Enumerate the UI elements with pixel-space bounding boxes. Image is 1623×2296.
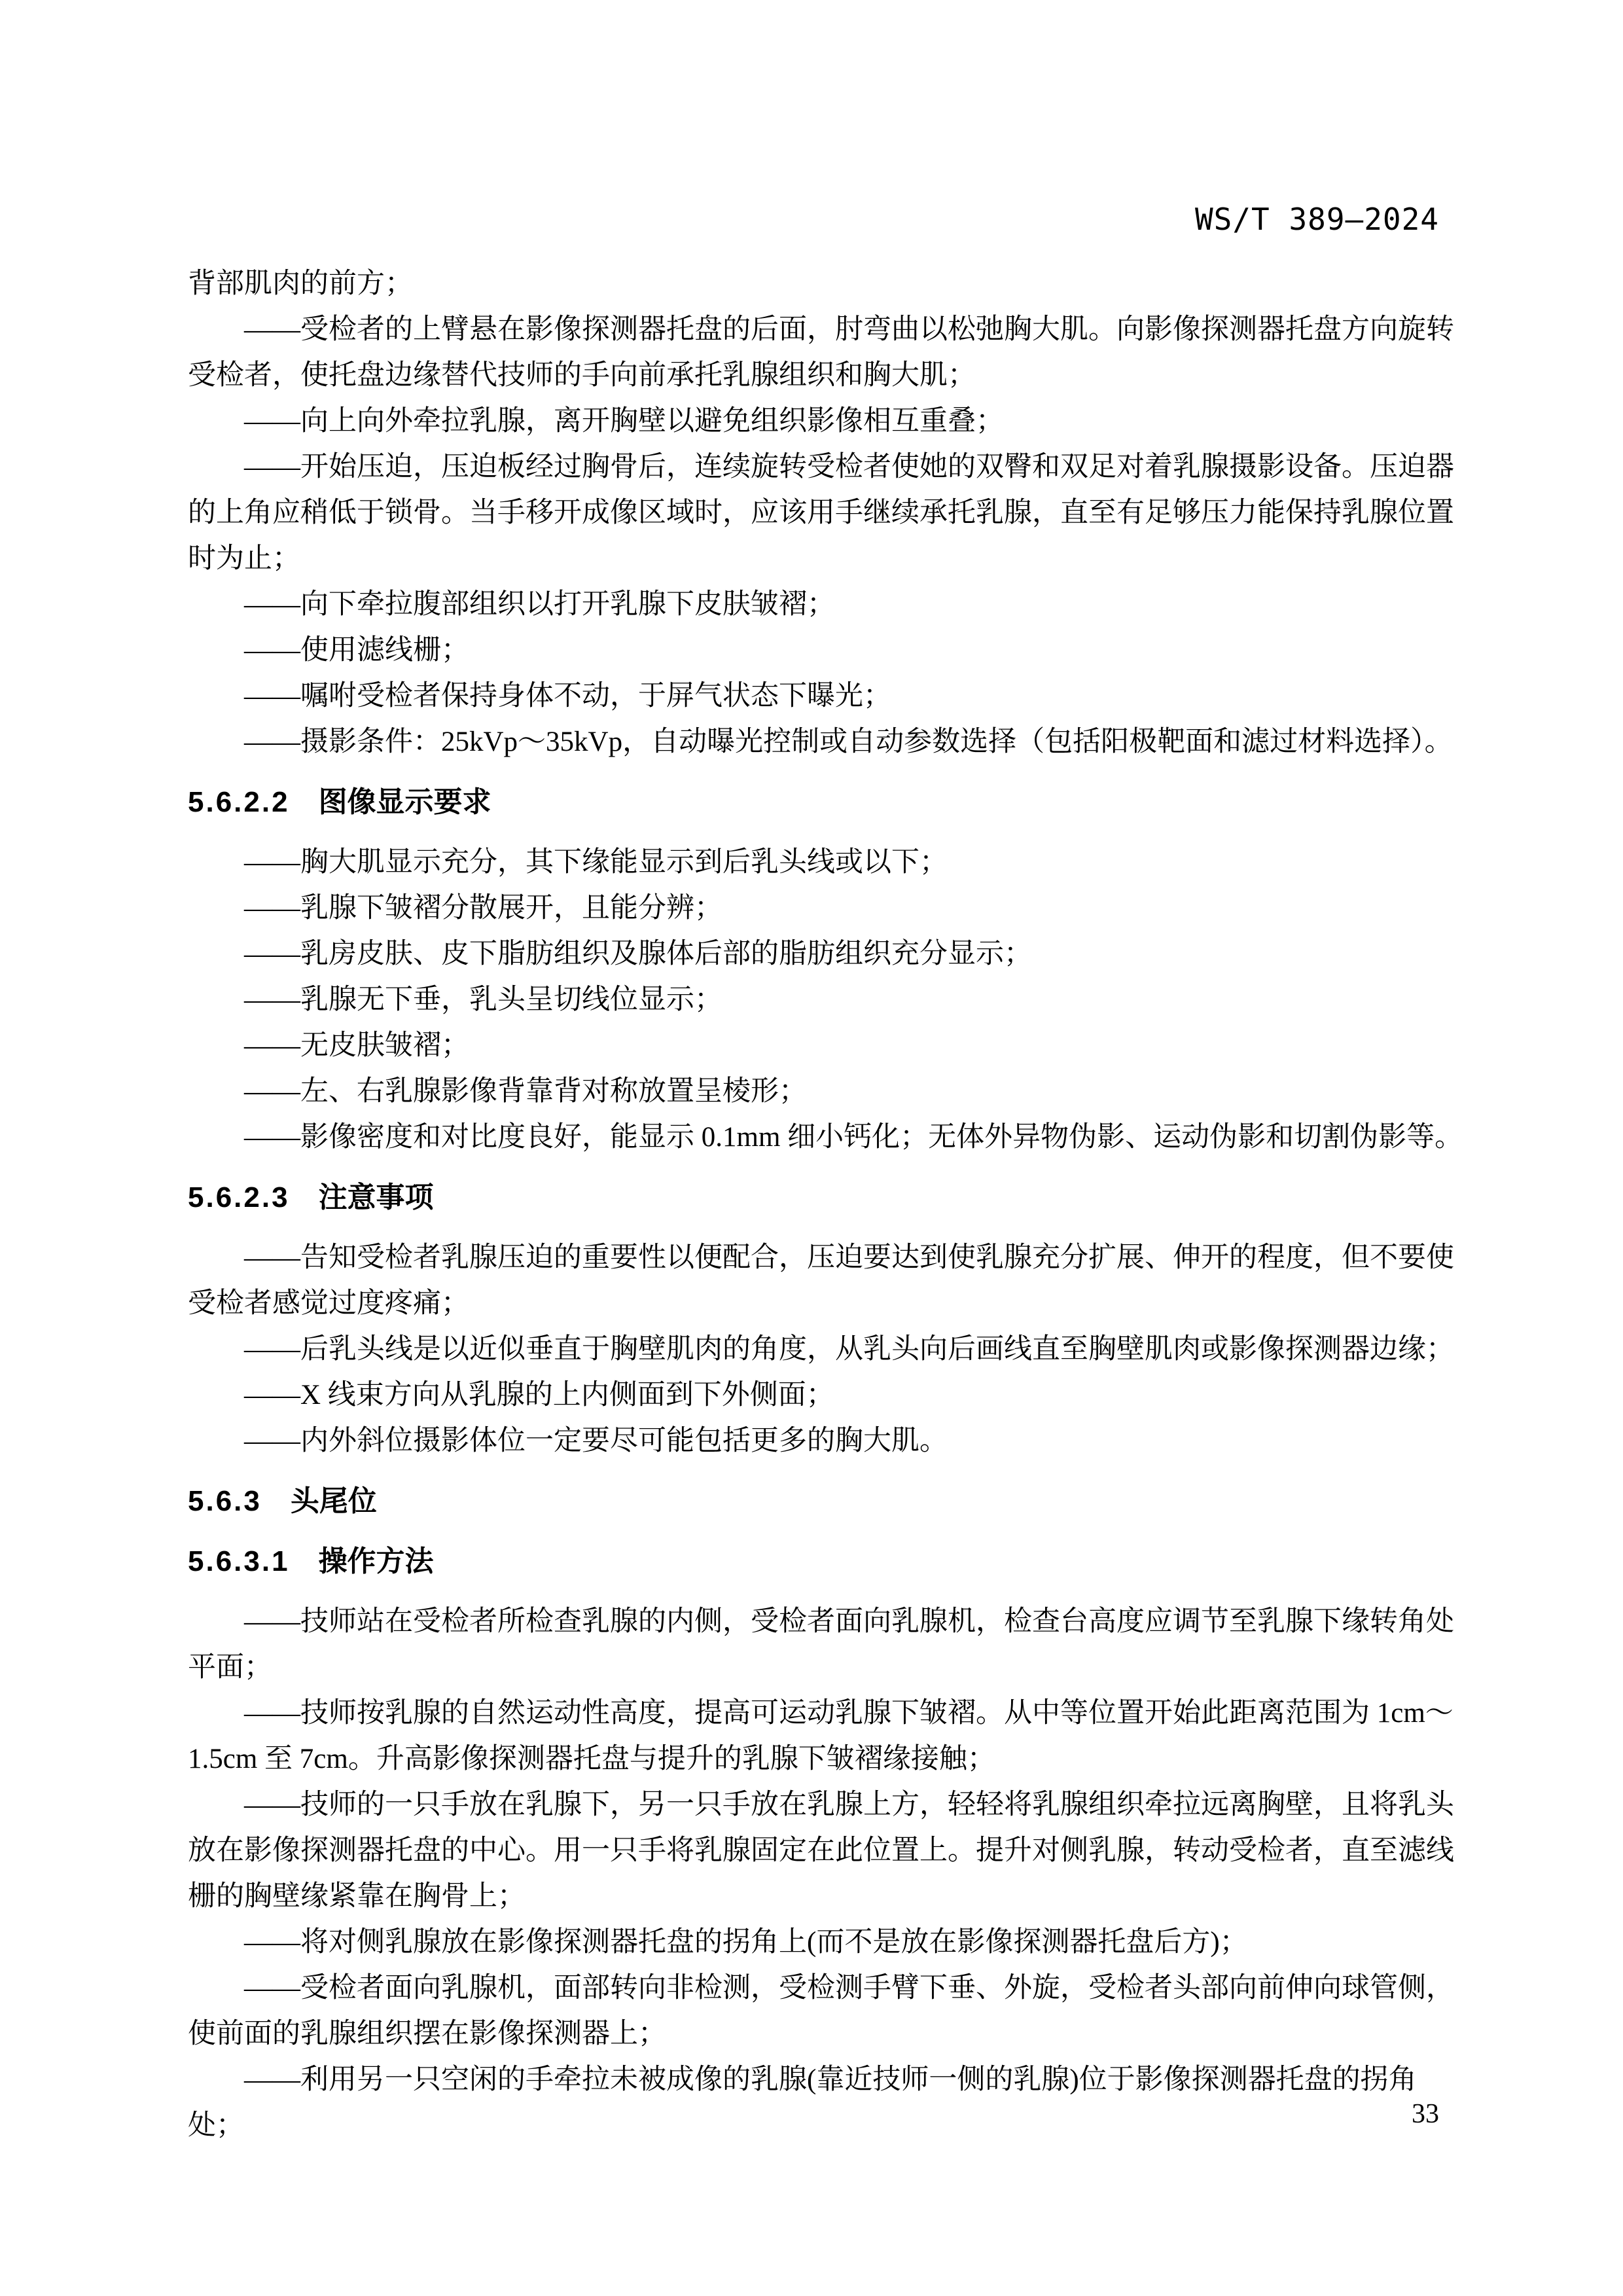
body-line: ——乳房皮肤、皮下脂肪组织及腺体后部的脂肪组织充分显示； [188,931,1439,977]
document-page: WS/T 389—2024 背部肌肉的前方；——受检者的上臂悬在影像探测器托盘的… [0,0,1623,2296]
body-line: 的上角应稍低于锁骨。当手移开成像区域时，应该用手继续承托乳腺，直至有足够压力能保… [188,490,1439,536]
body-line: 放在影像探测器托盘的中心。用一只手将乳腺固定在此位置上。提升对侧乳腺，转动受检者… [188,1828,1439,1874]
section-title: 操作方法 [319,1545,434,1577]
body-line: 1.5cm 至 7cm。升高影像探测器托盘与提升的乳腺下皱褶缘接触； [188,1736,1439,1782]
section-title: 头尾位 [291,1485,377,1517]
section-title: 注意事项 [319,1181,434,1213]
body-line: ——无皮肤皱褶； [188,1023,1439,1069]
body-line: ——嘱咐受检者保持身体不动，于屏气状态下曝光； [188,673,1439,719]
standard-code: WS/T 389—2024 [188,202,1439,237]
body-line: ——向上向外牵拉乳腺，离开胸壁以避免组织影像相互重叠； [188,399,1439,444]
section-title: 图像显示要求 [319,786,491,818]
body-line: 受检者感觉过度疼痛； [188,1281,1439,1327]
section-heading: 5.6.3头尾位 [188,1479,1439,1524]
body-line: ——技师站在受检者所检查乳腺的内侧，受检者面向乳腺机，检查台高度应调节至乳腺下缘… [188,1599,1439,1645]
section-number: 5.6.3.1 [188,1545,290,1577]
section-heading: 5.6.2.3注意事项 [188,1175,1439,1221]
section-heading: 5.6.2.2图像显示要求 [188,780,1439,825]
body-line: ——利用另一只空闲的手牵拉未被成像的乳腺(靠近技师一侧的乳腺)位于影像探测器托盘… [188,2057,1439,2103]
section-number: 5.6.2.2 [188,786,290,818]
body-line: ——内外斜位摄影体位一定要尽可能包括更多的胸大肌。 [188,1418,1439,1464]
body-line: ——技师按乳腺的自然运动性高度，提高可运动乳腺下皱褶。从中等位置开始此距离范围为… [188,1691,1439,1736]
body-line: ——将对侧乳腺放在影像探测器托盘的拐角上(而不是放在影像探测器托盘后方)； [188,1920,1439,1965]
body-line: ——左、右乳腺影像背靠背对称放置呈棱形； [188,1069,1439,1115]
section-heading: 5.6.3.1操作方法 [188,1539,1439,1585]
body-line: ——后乳头线是以近似垂直于胸壁肌肉的角度，从乳头向后画线直至胸壁肌肉或影像探测器… [188,1327,1439,1372]
body-line: ——受检者的上臂悬在影像探测器托盘的后面，肘弯曲以松弛胸大肌。向影像探测器托盘方… [188,307,1439,353]
body-line: ——乳腺无下垂，乳头呈切线位显示； [188,977,1439,1023]
body-line: ——乳腺下皱褶分散展开，且能分辨； [188,886,1439,931]
body-line: 受检者，使托盘边缘替代技师的手向前承托乳腺组织和胸大肌； [188,353,1439,399]
body-line: ——告知受检者乳腺压迫的重要性以便配合，压迫要达到使乳腺充分扩展、伸开的程度，但… [188,1235,1439,1281]
body-line: ——开始压迫，压迫板经过胸骨后，连续旋转受检者使她的双臀和双足对着乳腺摄影设备。… [188,444,1439,490]
body-line: 栅的胸壁缘紧靠在胸骨上； [188,1874,1439,1920]
body-line: ——X 线束方向从乳腺的上内侧面到下外侧面； [188,1372,1439,1418]
body-line: ——摄影条件：25kVp～35kVp，自动曝光控制或自动参数选择（包括阳极靶面和… [188,719,1439,765]
body-line: ——使用滤线栅； [188,628,1439,673]
body-line: 背部肌肉的前方； [188,261,1439,307]
body-line: ——受检者面向乳腺机，面部转向非检测，受检测手臂下垂、外旋，受检者头部向前伸向球… [188,1965,1439,2011]
section-number: 5.6.3 [188,1485,262,1517]
page-number: 33 [188,2098,1439,2130]
body-line: 平面； [188,1645,1439,1691]
body-line: 使前面的乳腺组织摆在影像探测器上； [188,2011,1439,2057]
section-number: 5.6.2.3 [188,1181,290,1213]
body-line: ——影像密度和对比度良好，能显示 0.1mm 细小钙化；无体外异物伪影、运动伪影… [188,1115,1439,1160]
body-line: ——胸大肌显示充分，其下缘能显示到后乳头线或以下； [188,840,1439,886]
document-body: 背部肌肉的前方；——受检者的上臂悬在影像探测器托盘的后面，肘弯曲以松弛胸大肌。向… [188,261,1439,2149]
body-line: ——向下牵拉腹部组织以打开乳腺下皮肤皱褶； [188,582,1439,628]
body-line: 时为止； [188,536,1439,582]
body-line: ——技师的一只手放在乳腺下，另一只手放在乳腺上方，轻轻将乳腺组织牵拉远离胸壁，且… [188,1782,1439,1828]
